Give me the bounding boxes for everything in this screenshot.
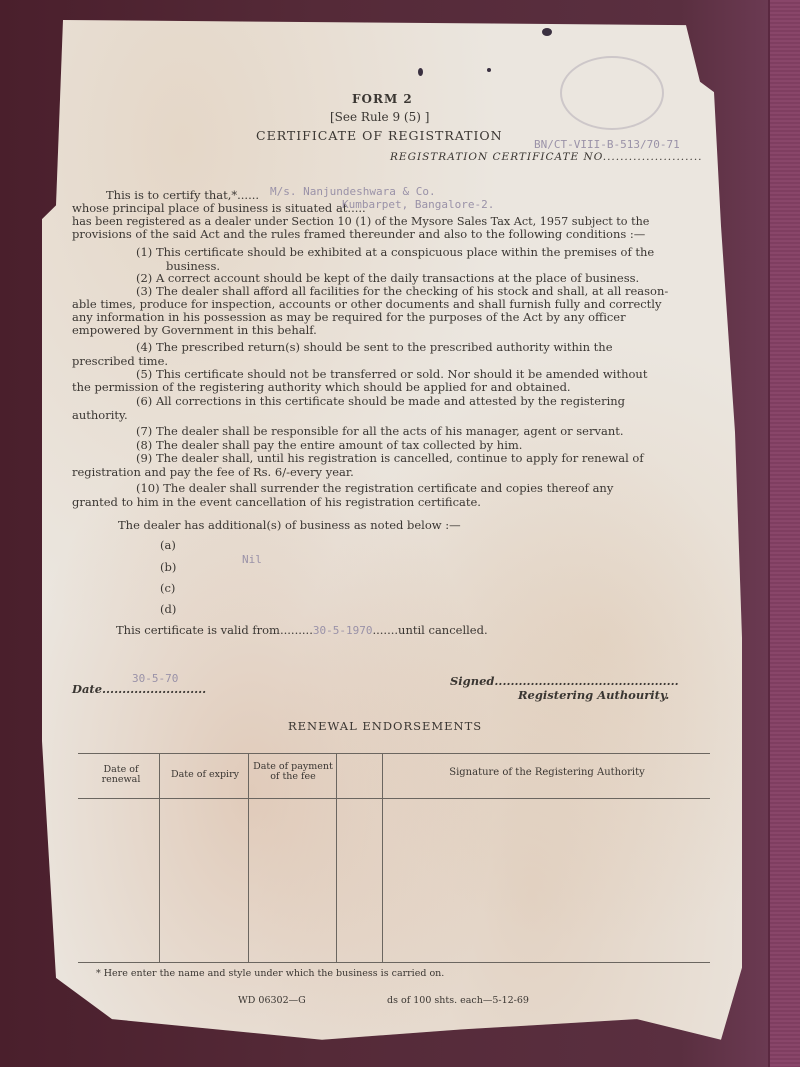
- binder-edge: [768, 0, 800, 1067]
- date-label: Date..........................: [72, 684, 206, 696]
- condition-line: registration and pay the fee of Rs. 6/-e…: [72, 467, 354, 479]
- condition-line: (6) All corrections in this certificate …: [136, 396, 625, 408]
- condition-line: (7) The dealer shall be responsible for …: [136, 426, 624, 438]
- registration-certificate-number: BN/CT-VIII-B-513/70-71: [534, 138, 680, 151]
- official-seal-stamp: [560, 56, 664, 130]
- condition-line: (2) A correct account should be kept of …: [136, 273, 639, 285]
- column-header-date-of-payment: Date of payment of the fee: [249, 762, 337, 783]
- additional-item-c: (c): [160, 583, 175, 595]
- renewal-endorsements-heading: RENEWAL ENDORSEMENTS: [288, 719, 482, 733]
- condition-line: (4) The prescribed return(s) should be s…: [136, 342, 613, 354]
- place-of-business-field: Kumbarpet, Bangalore-2.: [342, 198, 494, 211]
- additional-business-heading: The dealer has additional(s) of business…: [118, 520, 461, 532]
- validity-suffix: .......until cancelled.: [372, 623, 487, 637]
- additional-item-a: (a): [160, 540, 176, 552]
- condition-line: (3) The dealer shall afford all faciliti…: [136, 286, 668, 298]
- additional-item-d: (d): [160, 604, 176, 616]
- valid-from-date: 30-5-1970: [313, 624, 373, 637]
- print-reference-right: ds of 100 shts. each—5-12-69: [387, 996, 529, 1006]
- condition-line: (10) The dealer shall surrender the regi…: [136, 483, 613, 495]
- certify-line-prefix: This is to certify that,*......: [106, 190, 259, 202]
- registration-certificate-label: REGISTRATION CERTIFICATE NO.............…: [390, 151, 703, 163]
- ink-spot: [418, 68, 423, 76]
- condition-line: (1) This certificate should be exhibited…: [136, 247, 654, 259]
- condition-line: granted to him in the event cancellation…: [72, 497, 481, 509]
- footnote: * Here enter the name and style under wh…: [96, 969, 444, 979]
- validity-line: This certificate is valid from.........3…: [116, 625, 488, 637]
- condition-line: prescribed time.: [72, 356, 168, 368]
- column-header-signature: Signature of the Registering Authority: [387, 767, 707, 778]
- condition-line: (9) The dealer shall, until his registra…: [136, 453, 644, 465]
- column-header-date-of-expiry: Date of expiry: [162, 770, 248, 780]
- ink-spot: [487, 68, 491, 72]
- condition-line: (8) The dealer shall pay the entire amou…: [136, 440, 522, 452]
- column-header-date-of-renewal: Date of renewal: [86, 765, 156, 786]
- print-reference-left: WD 06302—G: [238, 996, 306, 1006]
- form-number: FORM 2: [352, 92, 413, 106]
- condition-line: the permission of the registering author…: [72, 382, 571, 394]
- condition-line: empowered by Government in this behalf.: [72, 325, 317, 337]
- registered-line: has been registered as a dealer under Se…: [72, 216, 649, 227]
- provisions-line: provisions of the said Act and the rules…: [72, 229, 645, 241]
- certificate-document: FORM 2 [See Rule 9 (5) ] CERTIFICATE OF …: [42, 20, 742, 1050]
- condition-line: (5) This certificate should not be trans…: [136, 369, 647, 381]
- signed-label: Signed..................................…: [450, 676, 679, 688]
- place-line-prefix: whose principal place of business is sit…: [72, 203, 366, 215]
- condition-line: any information in his possession as may…: [72, 312, 626, 324]
- rule-reference: [See Rule 9 (5) ]: [330, 110, 429, 124]
- registering-authority-label: Registering Authourity.: [518, 690, 669, 702]
- dealer-name-field: M/s. Nanjundeshwara & Co.: [270, 185, 436, 198]
- ink-spot: [542, 28, 552, 36]
- condition-line: able times, produce for inspection, acco…: [72, 299, 661, 311]
- page-title: CERTIFICATE OF REGISTRATION: [256, 128, 503, 143]
- additional-item-b: (b): [160, 562, 176, 574]
- condition-line: authority.: [72, 410, 128, 422]
- validity-prefix: This certificate is valid from.........: [116, 623, 313, 637]
- additional-nil-field: Nil: [242, 553, 262, 566]
